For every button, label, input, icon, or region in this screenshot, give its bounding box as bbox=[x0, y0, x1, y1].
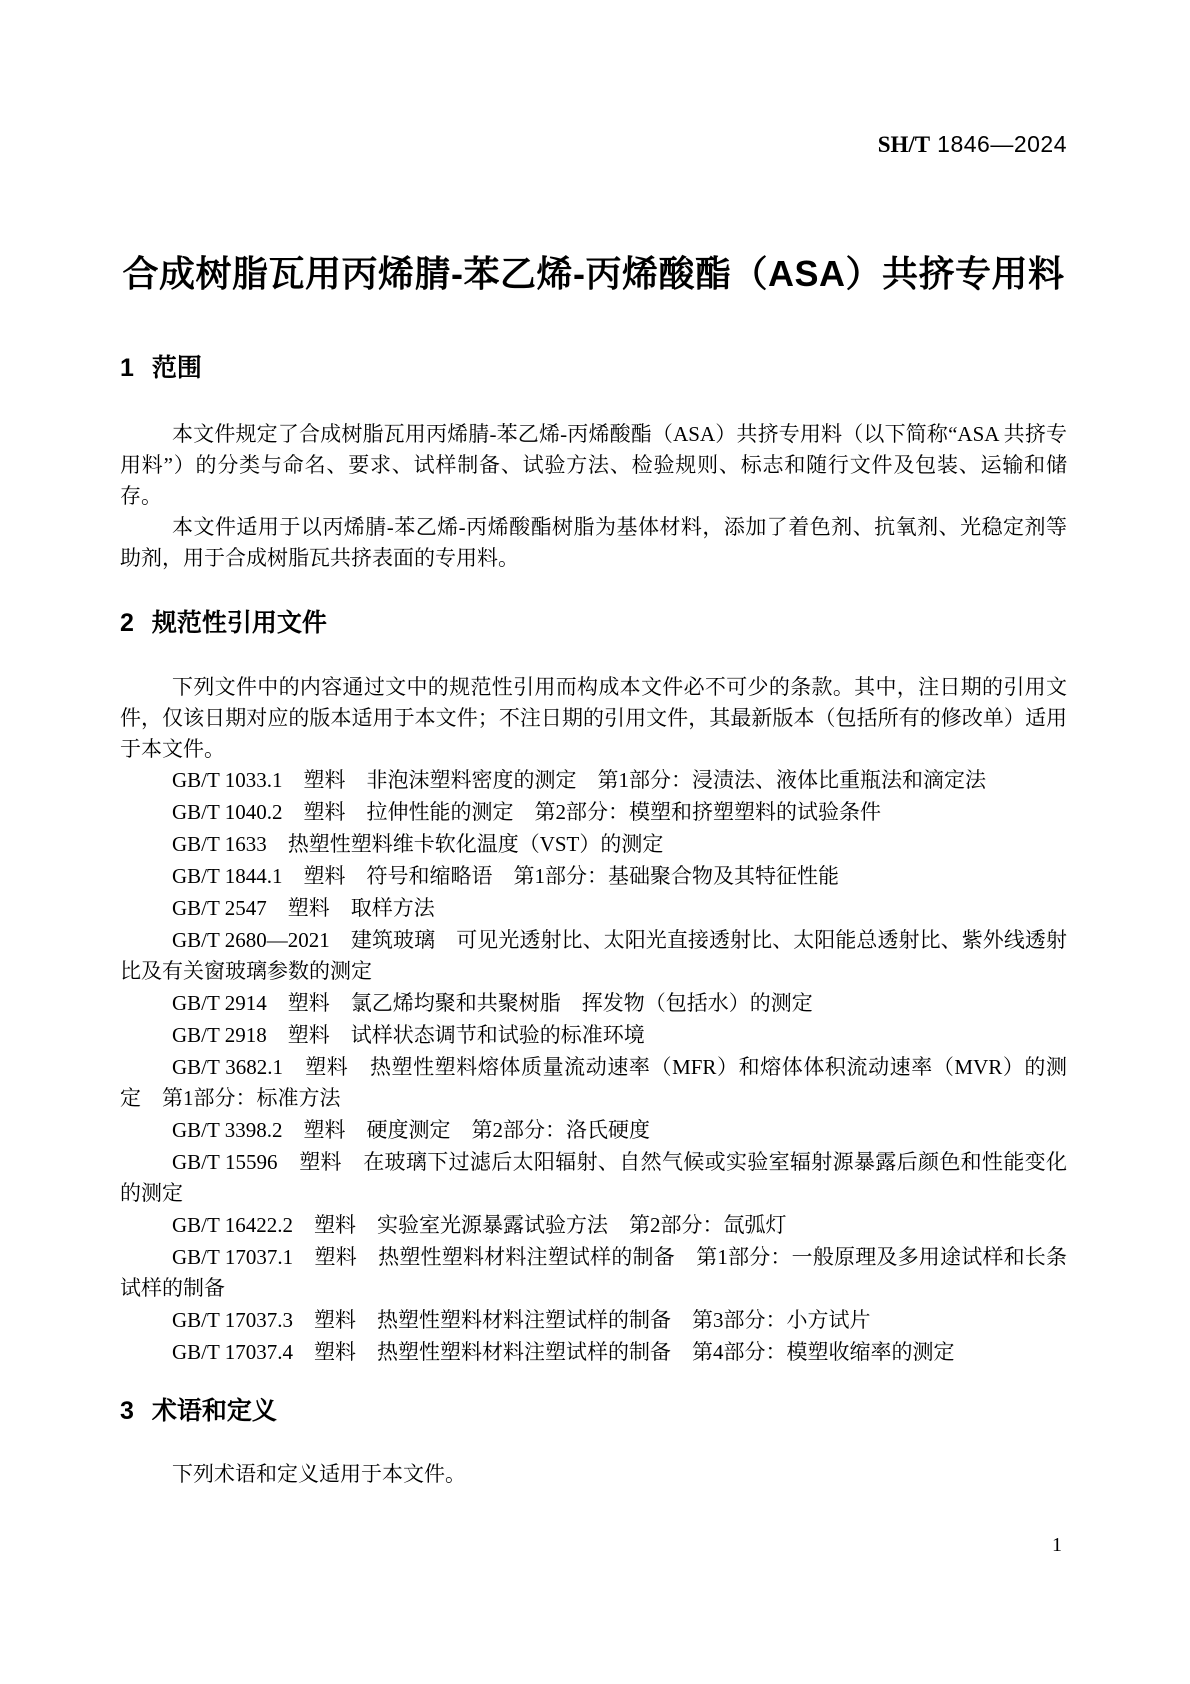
reference-item: GB/T 3682.1 塑料 热塑性塑料熔体质量流动速率（MFR）和熔体体积流动… bbox=[120, 1052, 1067, 1114]
section-1-heading: 1范围 bbox=[120, 353, 1067, 384]
reference-item: GB/T 1844.1 塑料 符号和缩略语 第1部分：基础聚合物及其特征性能 bbox=[120, 861, 1067, 892]
section-1-number: 1 bbox=[120, 353, 134, 384]
reference-item: GB/T 3398.2 塑料 硬度测定 第2部分：洛氏硬度 bbox=[120, 1115, 1067, 1146]
reference-item: GB/T 1033.1 塑料 非泡沫塑料密度的测定 第1部分：浸渍法、液体比重瓶… bbox=[120, 765, 1067, 796]
reference-item: GB/T 2914 塑料 氯乙烯均聚和共聚树脂 挥发物（包括水）的测定 bbox=[120, 988, 1067, 1019]
standard-number: 1846—2024 bbox=[937, 131, 1067, 157]
section-3-number: 3 bbox=[120, 1396, 134, 1427]
section-1-paragraph-2: 本文件适用于以丙烯腈-苯乙烯-丙烯酸酯树脂为基体材料，添加了着色剂、抗氧剂、光稳… bbox=[120, 512, 1067, 574]
reference-item: GB/T 1633 热塑性塑料维卡软化温度（VST）的测定 bbox=[120, 829, 1067, 860]
reference-item: GB/T 16422.2 塑料 实验室光源暴露试验方法 第2部分：氙弧灯 bbox=[120, 1210, 1067, 1241]
document-page: SH/T1846—2024 合成树脂瓦用丙烯腈-苯乙烯-丙烯酸酯（ASA）共挤专… bbox=[0, 0, 1190, 1684]
reference-item: GB/T 17037.4 塑料 热塑性塑料材料注塑试样的制备 第4部分：模塑收缩… bbox=[120, 1337, 1067, 1368]
reference-item: GB/T 1040.2 塑料 拉伸性能的测定 第2部分：模塑和挤塑塑料的试验条件 bbox=[120, 797, 1067, 828]
standard-code: SH/T bbox=[878, 132, 930, 157]
section-1-paragraph-1: 本文件规定了合成树脂瓦用丙烯腈-苯乙烯-丙烯酸酯（ASA）共挤专用料（以下简称“… bbox=[120, 419, 1067, 512]
section-3-paragraph-1: 下列术语和定义适用于本文件。 bbox=[120, 1459, 1067, 1490]
reference-item: GB/T 2918 塑料 试样状态调节和试验的标准环境 bbox=[120, 1020, 1067, 1051]
section-2-title: 规范性引用文件 bbox=[152, 609, 327, 637]
standard-header: SH/T1846—2024 bbox=[120, 0, 1067, 159]
reference-item: GB/T 15596 塑料 在玻璃下过滤后太阳辐射、自然气候或实验室辐射源暴露后… bbox=[120, 1147, 1067, 1209]
reference-item: GB/T 2547 塑料 取样方法 bbox=[120, 893, 1067, 924]
document-title: 合成树脂瓦用丙烯腈-苯乙烯-丙烯酸酯（ASA）共挤专用料 bbox=[120, 251, 1067, 297]
section-1-title: 范围 bbox=[152, 354, 202, 382]
page-content: SH/T1846—2024 合成树脂瓦用丙烯腈-苯乙烯-丙烯酸酯（ASA）共挤专… bbox=[120, 0, 1067, 1490]
page-number: 1 bbox=[1052, 1533, 1062, 1557]
reference-item: GB/T 2680—2021 建筑玻璃 可见光透射比、太阳光直接透射比、太阳能总… bbox=[120, 925, 1067, 987]
reference-item: GB/T 17037.3 塑料 热塑性塑料材料注塑试样的制备 第3部分：小方试片 bbox=[120, 1305, 1067, 1336]
section-2-heading: 2规范性引用文件 bbox=[120, 608, 1067, 639]
section-2-number: 2 bbox=[120, 608, 134, 639]
section-2-intro-paragraph: 下列文件中的内容通过文中的规范性引用而构成本文件必不可少的条款。其中，注日期的引… bbox=[120, 672, 1067, 765]
section-3-heading: 3术语和定义 bbox=[120, 1396, 1067, 1427]
reference-item: GB/T 17037.1 塑料 热塑性塑料材料注塑试样的制备 第1部分：一般原理… bbox=[120, 1242, 1067, 1304]
section-3-title: 术语和定义 bbox=[152, 1397, 277, 1425]
